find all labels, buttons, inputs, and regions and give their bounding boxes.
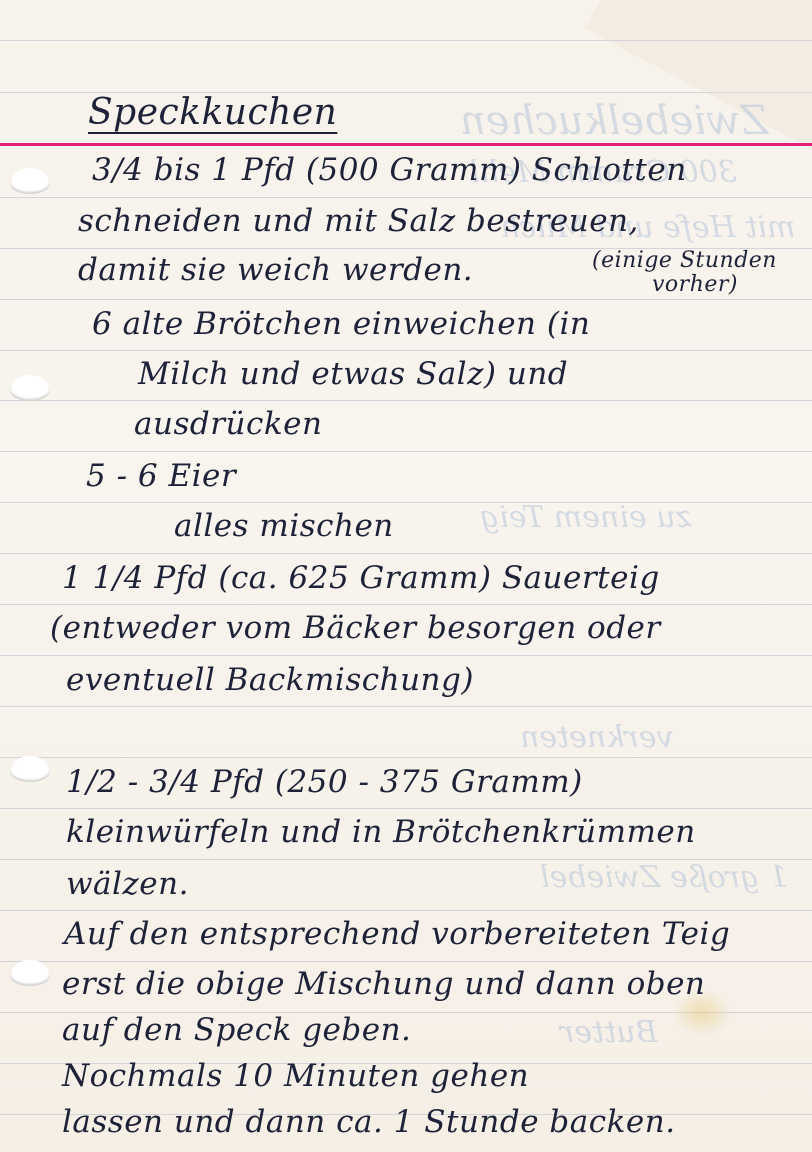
recipe-title: Speckkuchen bbox=[88, 92, 337, 133]
punch-hole bbox=[10, 168, 50, 194]
ruled-line bbox=[0, 350, 812, 351]
recipe-line: Nochmals 10 Minuten gehen bbox=[62, 1058, 529, 1094]
recipe-line: 5 - 6 Eier bbox=[86, 458, 236, 494]
recipe-line: 6 alte Brötchen einweichen (in bbox=[92, 306, 590, 342]
annotation-line: (einige Stunden bbox=[592, 248, 777, 273]
recipe-line: lassen und dann ca. 1 Stunde backen. bbox=[62, 1104, 676, 1140]
ruled-line bbox=[0, 757, 812, 758]
ruled-line bbox=[0, 197, 812, 198]
ruled-line bbox=[0, 553, 812, 554]
recipe-line: auf den Speck geben. bbox=[62, 1012, 411, 1048]
ruled-line bbox=[0, 808, 812, 809]
punch-hole bbox=[10, 960, 50, 986]
recipe-line: 1/2 - 3/4 Pfd (250 - 375 Gramm) bbox=[66, 764, 583, 800]
ruled-line bbox=[0, 961, 812, 962]
recipe-line: eventuell Backmischung) bbox=[66, 662, 474, 698]
ruled-line bbox=[0, 299, 812, 300]
recipe-card: Zwiebelkuchen 300 Gramm Mehl mit Hefe un… bbox=[0, 0, 812, 1152]
annotation-line: vorher) bbox=[652, 272, 738, 297]
recipe-line: Auf den entsprechend vorbereiteten Teig bbox=[64, 916, 730, 952]
bleed-through-text: zu einem Teig bbox=[480, 500, 691, 535]
ruled-line bbox=[0, 400, 812, 401]
recipe-line: wälzen. bbox=[66, 866, 189, 902]
ruled-line bbox=[0, 40, 812, 41]
recipe-line: 1 1/4 Pfd (ca. 625 Gramm) Sauerteig bbox=[62, 560, 660, 596]
ruled-line bbox=[0, 604, 812, 605]
ruled-line bbox=[0, 451, 812, 452]
punch-hole bbox=[10, 756, 50, 782]
ruled-line bbox=[0, 910, 812, 911]
bleed-through-text: Butter bbox=[560, 1015, 658, 1050]
bleed-through-text: Zwiebelkuchen bbox=[460, 98, 768, 144]
bleed-through-text: verkneten bbox=[520, 720, 673, 755]
ruled-line bbox=[0, 655, 812, 656]
recipe-line: (entweder vom Bäcker besorgen oder bbox=[50, 610, 661, 646]
recipe-line: 3/4 bis 1 Pfd (500 Gramm) Schlotten bbox=[92, 152, 687, 188]
ruled-line bbox=[0, 706, 812, 707]
recipe-line: kleinwürfeln und in Brötchenkrümmen bbox=[66, 814, 696, 850]
recipe-line: Milch und etwas Salz) und bbox=[138, 356, 568, 392]
punch-hole bbox=[10, 375, 50, 401]
recipe-line: alles mischen bbox=[174, 508, 394, 544]
recipe-line: damit sie weich werden. bbox=[78, 252, 473, 288]
recipe-line: erst die obige Mischung und dann oben bbox=[62, 966, 705, 1002]
recipe-line: schneiden und mit Salz bestreuen, bbox=[78, 203, 639, 239]
bleed-through-text: 1 große Zwiebel bbox=[540, 860, 788, 895]
recipe-line: ausdrücken bbox=[134, 406, 322, 442]
